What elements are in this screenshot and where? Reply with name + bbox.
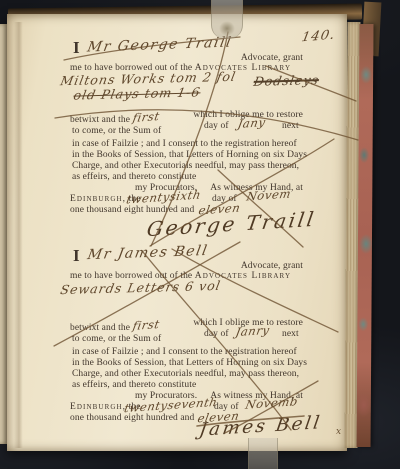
form-initial: I [73, 38, 80, 58]
day-of-label: day of [204, 121, 229, 131]
margin-x-mark: x [336, 427, 341, 437]
sum-line: to come, or the Sum of [72, 334, 161, 344]
failzie-line: in case of Failzie ; and I consent to th… [72, 139, 297, 149]
effeirs-line: as effeirs, and thereto constitute [72, 172, 196, 182]
borrower-name: Mr George Traill [86, 34, 233, 55]
charge-line: Charge, and other Executorials needful, … [72, 161, 299, 171]
strap-shadow-blob [219, 21, 235, 36]
borrow-entry-traill: I Mr George Traill Advocate, grant me to… [0, 36, 400, 268]
failzie-line: in case of Failzie ; and I consent to th… [72, 347, 297, 357]
year-line: one thousand eight hundred and [70, 413, 194, 423]
session-line: in the Books of Session, that Letters of… [72, 150, 307, 160]
next-label: next [282, 121, 299, 131]
form-initial: I [73, 246, 80, 266]
year-line: one thousand eight hundred and [70, 205, 194, 215]
day-of-label: day of [204, 329, 229, 339]
return-month-handwritten: Jany [237, 115, 267, 131]
book-strap-top [211, 0, 243, 39]
place-label: Edinburgh, [70, 194, 126, 204]
betwixt-label: betwixt and the [70, 115, 130, 125]
betwixt-label: betwixt and the [70, 323, 130, 333]
sum-line: to come, or the Sum of [72, 126, 161, 136]
return-day-handwritten: first [132, 109, 161, 125]
charge-line: Charge, and other Executorials needful, … [72, 369, 299, 379]
grant-label: Advocate, grant [241, 53, 303, 63]
book-title: Sewards Letters 6 vol [59, 278, 222, 297]
return-day-handwritten: first [132, 317, 161, 333]
signed-month-handwritten: Novem [245, 186, 292, 203]
book-strap-bottom [248, 438, 278, 469]
place-label: Edinburgh, [70, 402, 126, 412]
borrower-name: Mr James Bell [86, 243, 209, 263]
signed-month-handwritten: Novemb [244, 394, 299, 412]
book-title-2-struck: old Plays tom 1-6 [72, 84, 202, 102]
return-month-handwritten: Janry [234, 323, 270, 339]
effeirs-line: as effeirs, and thereto constitute [72, 380, 196, 390]
grant-label: Advocate, grant [241, 261, 303, 271]
session-line: in the Books of Session, that Letters of… [72, 358, 307, 368]
book-title-struck: Dodsleys [252, 72, 320, 89]
next-label: next [282, 329, 299, 339]
book-photograph: 140. I Mr George Traill Advocate, grant … [0, 0, 400, 469]
